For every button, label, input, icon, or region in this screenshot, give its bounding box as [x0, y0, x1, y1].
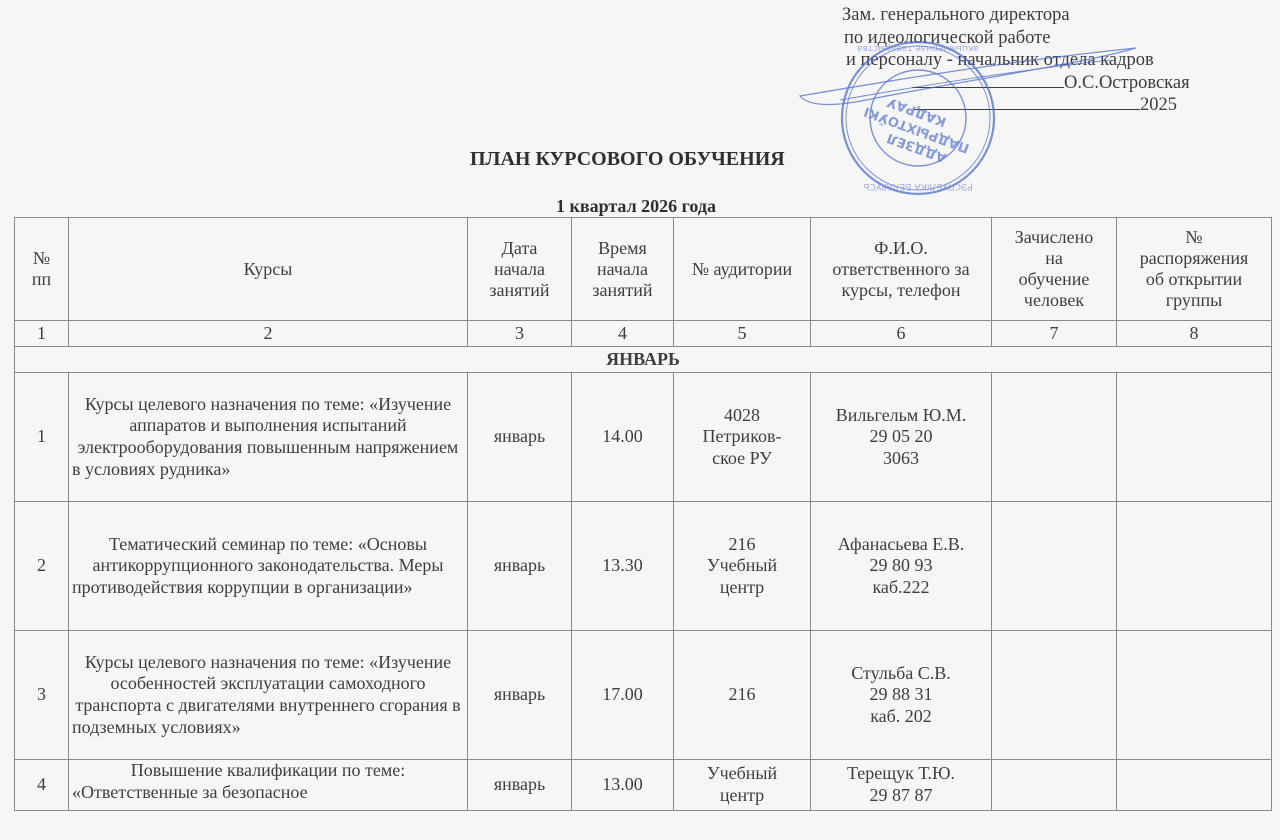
column-number: 1 — [15, 321, 69, 347]
enrolled-count — [992, 502, 1117, 631]
header-courses: Курсы — [69, 218, 468, 321]
signature-line: О.С.Островская — [842, 72, 1262, 95]
signature-rule — [912, 73, 1064, 88]
column-number-row: 1 2 3 4 5 6 7 8 — [15, 321, 1272, 347]
header-start-date: Датаначалазанятий — [468, 218, 572, 321]
responsible-person: Вильгельм Ю.М.29 05 203063 — [811, 373, 992, 502]
start-time: 14.00 — [572, 373, 674, 502]
header-start-time: Времяначалазанятий — [572, 218, 674, 321]
course-plan-table: №пп Курсы Датаначалазанятий Времяначалаз… — [14, 217, 1272, 811]
responsible-person: Афанасьева Е.В.29 80 93каб.222 — [811, 502, 992, 631]
order-number — [1117, 631, 1272, 760]
approver-position-line-2: по идеологической работе — [842, 27, 1262, 50]
row-number: 4 — [15, 760, 69, 811]
enrolled-count — [992, 631, 1117, 760]
start-date: январь — [468, 631, 572, 760]
start-time: 13.00 — [572, 760, 674, 811]
room: 216 — [674, 631, 811, 760]
responsible-person: Терещук Т.Ю.29 87 87 — [811, 760, 992, 811]
order-number — [1117, 373, 1272, 502]
column-number: 3 — [468, 321, 572, 347]
month-label: ЯНВАРЬ — [15, 347, 1272, 373]
table-row: 2 Тематический семинар по теме: «Основы … — [15, 502, 1272, 631]
header-num: №пп — [15, 218, 69, 321]
svg-text:РЭСПУБЛІКА БЕЛАРУСЬ: РЭСПУБЛІКА БЕЛАРУСЬ — [863, 181, 972, 191]
column-number: 5 — [674, 321, 811, 347]
column-number: 6 — [811, 321, 992, 347]
table-row: 3 Курсы целевого назначения по теме: «Из… — [15, 631, 1272, 760]
table-header-row: №пп Курсы Датаначалазанятий Времяначалаз… — [15, 218, 1272, 321]
course-title: Курсы целевого назначения по теме: «Изуч… — [69, 373, 468, 502]
enrolled-count — [992, 760, 1117, 811]
row-number: 1 — [15, 373, 69, 502]
responsible-person: Стульба С.В.29 88 31каб. 202 — [811, 631, 992, 760]
header-order-no: №распоряженияоб открытиигруппы — [1117, 218, 1272, 321]
table-row: 1 Курсы целевого назначения по теме: «Из… — [15, 373, 1272, 502]
room: 4028Петриков-ское РУ — [674, 373, 811, 502]
order-number — [1117, 502, 1272, 631]
approval-year: 2025 — [1140, 95, 1177, 115]
room: 216Учебныйцентр — [674, 502, 811, 631]
start-date: январь — [468, 760, 572, 811]
signatory-name: О.С.Островская — [1064, 73, 1190, 93]
start-date: январь — [468, 373, 572, 502]
header-enrolled: Зачисленонаобучениечеловек — [992, 218, 1117, 321]
column-number: 7 — [992, 321, 1117, 347]
enrolled-count — [992, 373, 1117, 502]
svg-text:АДДЗЕЛ: АДДЗЕЛ — [885, 130, 949, 165]
date-line: 2025 — [842, 94, 1262, 117]
row-number: 3 — [15, 631, 69, 760]
document-subtitle: 1 квартал 2026 года — [556, 196, 856, 217]
approval-block: Зам. генерального директора по идеологич… — [842, 4, 1262, 117]
approver-position-line-3: и персоналу - начальник отдела кадров — [842, 49, 1262, 72]
start-time: 17.00 — [572, 631, 674, 760]
start-date: январь — [468, 502, 572, 631]
column-number: 4 — [572, 321, 674, 347]
column-number: 8 — [1117, 321, 1272, 347]
row-number: 2 — [15, 502, 69, 631]
table-row: 4 Повышение квалификации по теме: «Ответ… — [15, 760, 1272, 811]
room: Учебныйцентр — [674, 760, 811, 811]
approver-position-line-1: Зам. генерального директора — [842, 4, 1262, 27]
header-room: № аудитории — [674, 218, 811, 321]
start-time: 13.30 — [572, 502, 674, 631]
course-title: Тематический семинар по теме: «Основы ан… — [69, 502, 468, 631]
course-title: Курсы целевого назначения по теме: «Изуч… — [69, 631, 468, 760]
course-title: Повышение квалификации по теме: «Ответст… — [69, 760, 468, 811]
month-section-row: ЯНВАРЬ — [15, 347, 1272, 373]
column-number: 2 — [69, 321, 468, 347]
document-title: ПЛАН КУРСОВОГО ОБУЧЕНИЯ — [470, 148, 850, 171]
header-responsible: Ф.И.О.ответственного закурсы, телефон — [811, 218, 992, 321]
date-rule — [914, 95, 1140, 110]
order-number — [1117, 760, 1272, 811]
